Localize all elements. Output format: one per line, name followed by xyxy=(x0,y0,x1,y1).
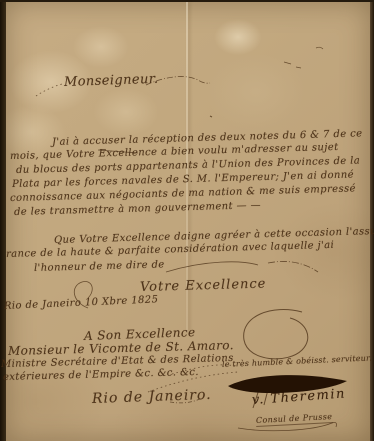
page-edge-right xyxy=(370,0,374,441)
manuscript-photo: Monseigneur. J'ai à accuser la réception… xyxy=(0,0,374,441)
